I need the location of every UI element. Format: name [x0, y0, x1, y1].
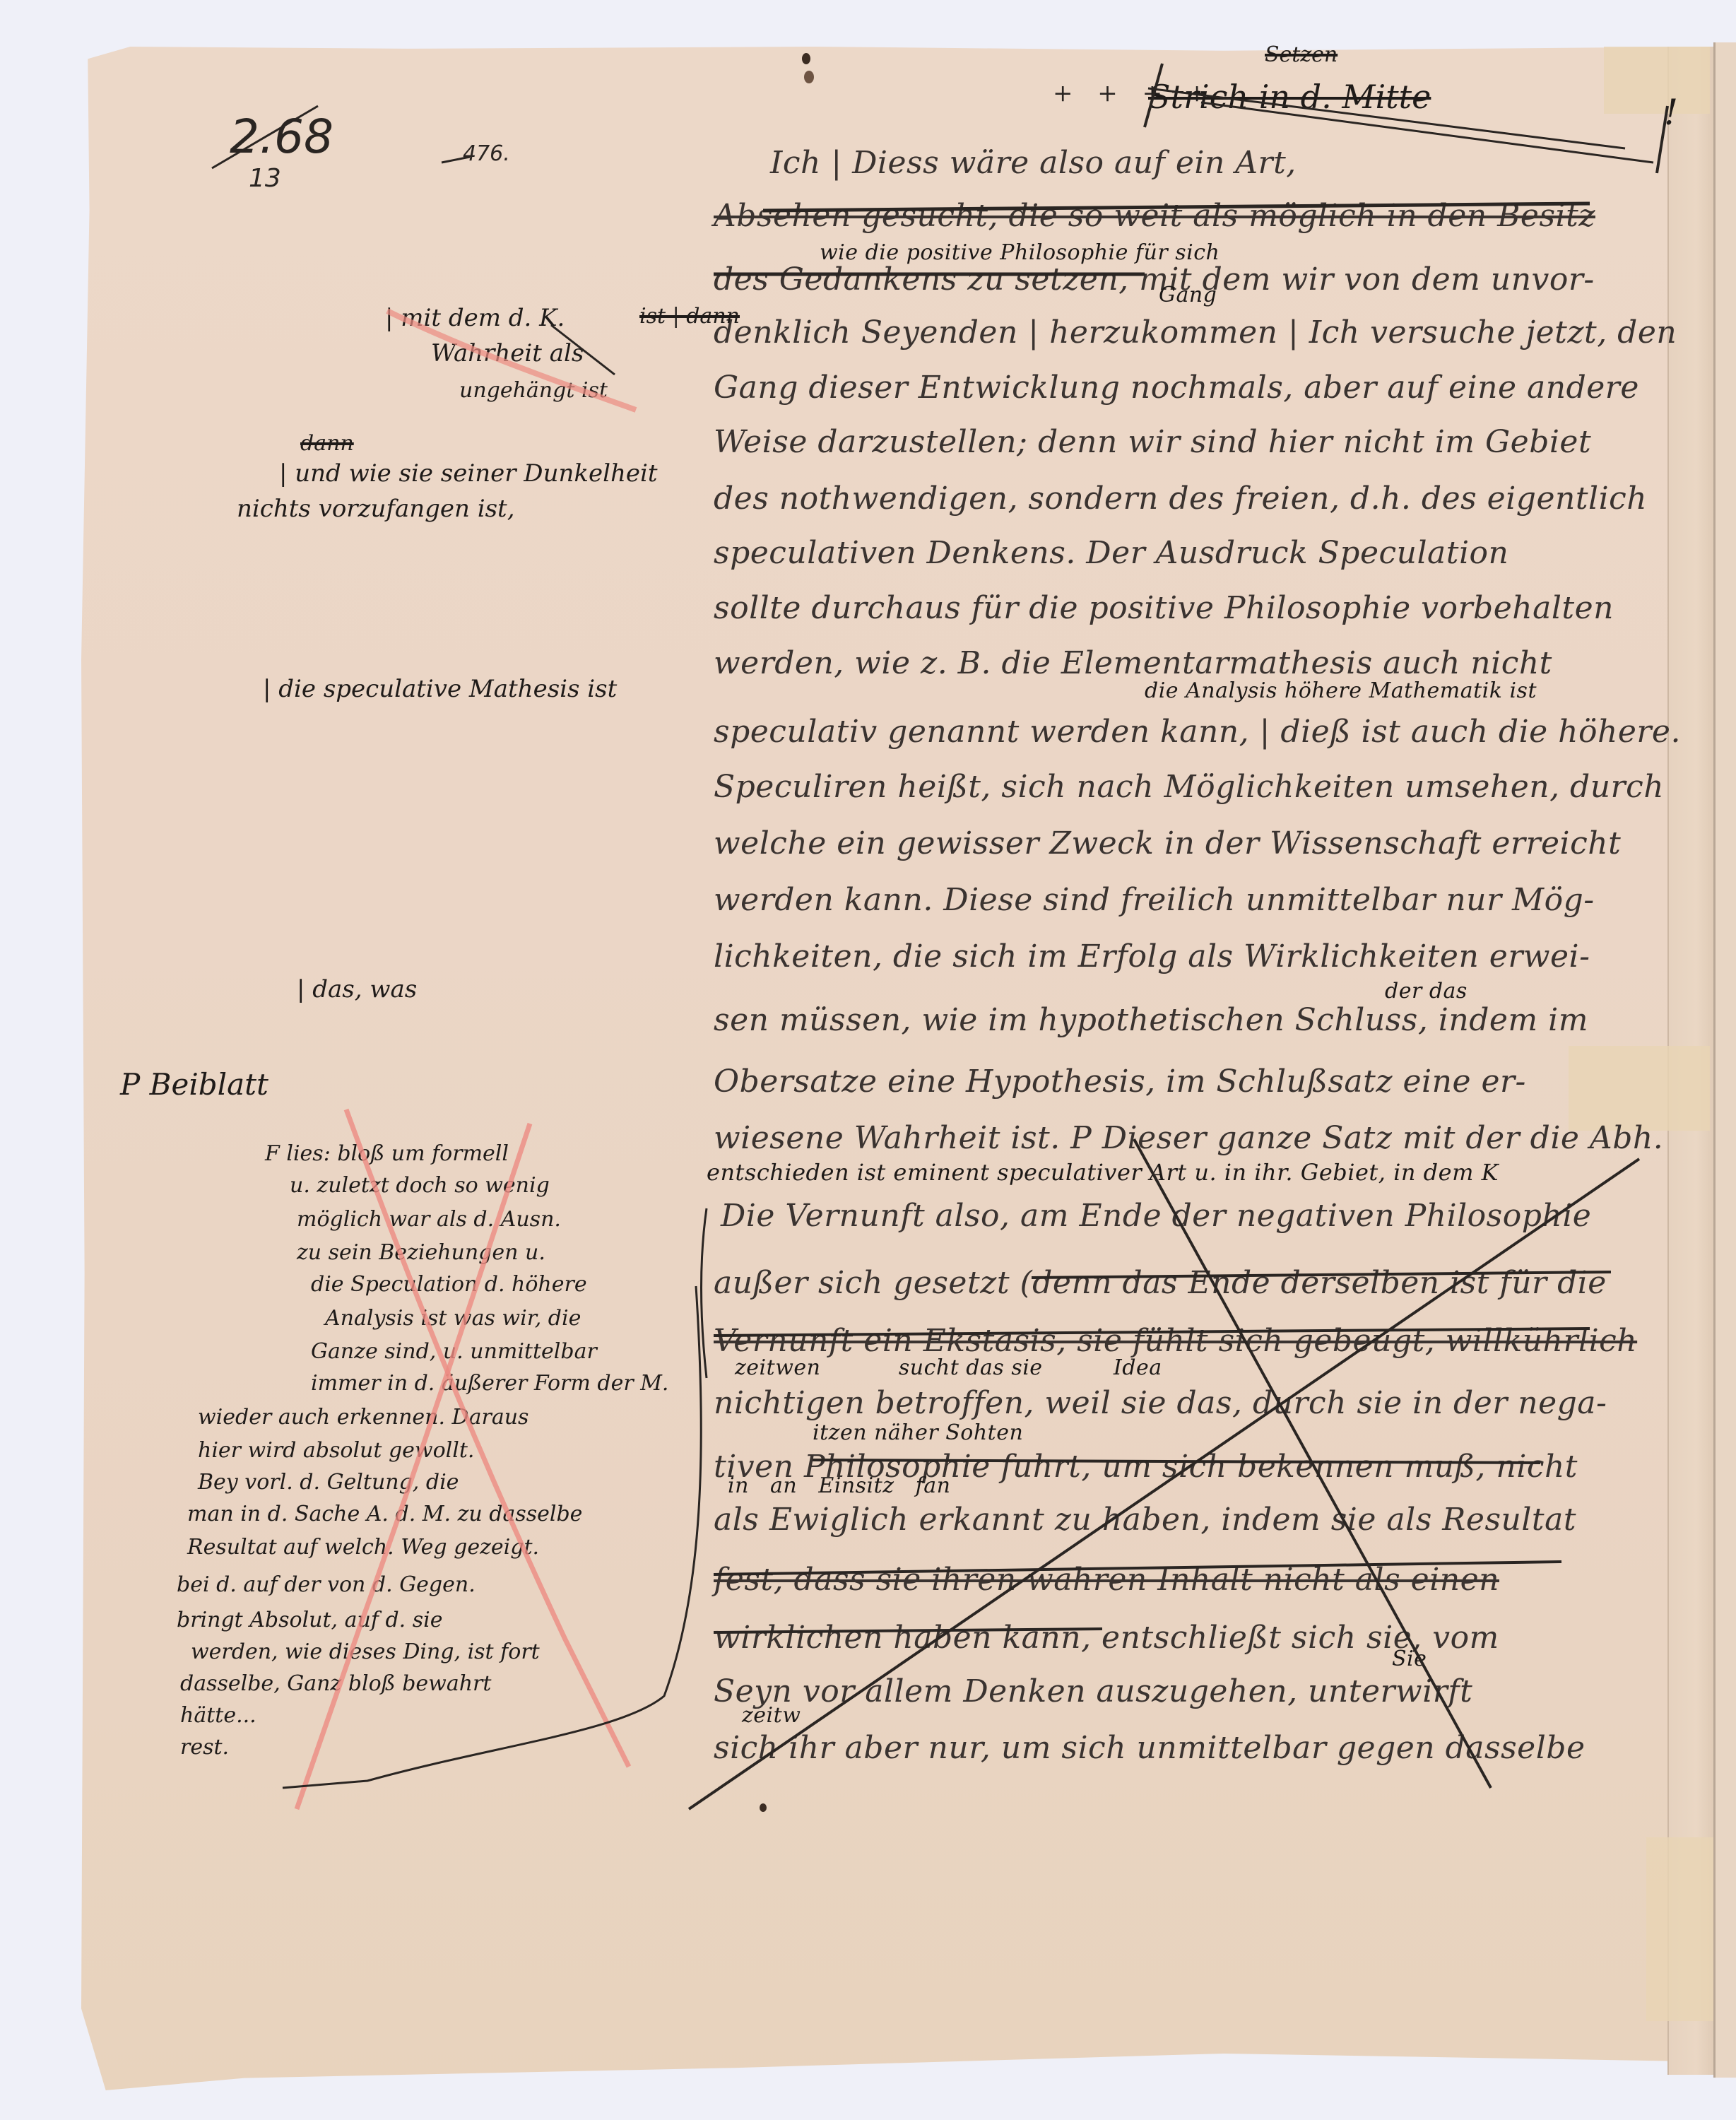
struck-text: ist | dann: [639, 304, 740, 329]
beiblatt-line: werden, wie dieses Ding, ist fort: [191, 1639, 540, 1664]
text-line: lichkeiten, die sich im Erfolg als Wirkl…: [714, 938, 1590, 974]
text-insert: zeitw: [742, 1703, 801, 1728]
text-line: Ich | Diess wäre also auf ein Art,: [770, 145, 1297, 181]
beiblatt-line: möglich war als d. Ausn.: [297, 1207, 561, 1232]
beiblatt-line: F lies: bloß um formell: [265, 1141, 509, 1166]
beiblatt-line: hier wird absolut gewollt.: [198, 1438, 474, 1463]
margin-note-1-side: ist | dann: [639, 304, 740, 329]
text-line: als Ewiglich erkannt zu haben, indem sie…: [714, 1502, 1576, 1538]
text-insert: itzen näher Sohten: [813, 1420, 1023, 1445]
text-line-struck: Absehen gesucht, die so weit als möglich…: [714, 198, 1595, 234]
beiblatt-line: immer in d. äußerer Form der M.: [311, 1371, 668, 1396]
beiblatt-line: u. zuletzt doch so wenig: [290, 1173, 550, 1198]
beiblatt-line: Bey vorl. d. Geltung, die: [198, 1470, 459, 1495]
beiblatt-line: die Speculation d. höhere: [311, 1272, 587, 1297]
margin-note-1-line: Wahrheit als: [431, 339, 584, 367]
text-line-struck: Vernunft ein Ekstasis, sie fühlt sich ge…: [714, 1323, 1637, 1359]
margin-note-2-struck: dann: [300, 431, 354, 456]
text-line: wirklichen haben kann, entschließt sich …: [714, 1620, 1499, 1656]
folio-number: 2.68: [230, 110, 333, 164]
beiblatt-line: dasselbe, Ganz bloß bewahrt: [180, 1671, 491, 1696]
tape-strip: [1604, 47, 1710, 114]
ink-spot: [760, 1803, 767, 1812]
text-insert: der das: [1385, 979, 1468, 1003]
text-line: des nothwendigen, sondern des freien, d.…: [714, 481, 1647, 517]
margin-note-4: | das, was: [297, 975, 417, 1003]
top-note-bracket: !: [1664, 92, 1678, 133]
beiblatt-line: hätte...: [180, 1703, 256, 1728]
struck-text: dann: [300, 431, 354, 456]
text-line: Die Vernunft also, am Ende der negativen…: [721, 1198, 1591, 1234]
tape-strip: [1646, 1837, 1713, 2021]
beiblatt-line: bei d. auf der von d. Gegen.: [177, 1572, 476, 1597]
text-line: nichtigen betroffen, weil sie das, durch…: [714, 1385, 1607, 1421]
beiblatt-line: bringt Absolut, auf d. sie: [177, 1608, 443, 1632]
beiblatt-line: Analysis ist was wir, die: [325, 1306, 581, 1331]
text-line: Gang dieser Entwicklung nochmals, aber a…: [714, 370, 1639, 406]
beiblatt-line: Resultat auf welch. Weg gezeigt.: [187, 1535, 539, 1560]
margin-note-1-line: ungehängt ist: [459, 378, 608, 403]
text-line: des Gedankens zu setzen, mit dem wir von…: [714, 261, 1595, 298]
margin-note-2-line: nichts vorzufangen ist,: [237, 495, 515, 523]
ink-spot: [804, 71, 814, 83]
beiblatt-heading: P Beiblatt: [120, 1067, 268, 1102]
text-line: welche ein gewisser Zweck in der Wissens…: [714, 825, 1621, 861]
struck-text: Strich in d. Mitte: [1148, 78, 1431, 116]
text-line: sen müssen, wie im hypothetischen Schlus…: [714, 1002, 1588, 1038]
text-line: sich ihr aber nur, um sich unmittelbar g…: [714, 1730, 1586, 1766]
text-line: denklich Seyenden | herzukommen | Ich ve…: [714, 314, 1677, 351]
text-line: speculativ genannt werden kann, | dieß i…: [714, 714, 1681, 750]
beiblatt-line: Ganze sind, u. unmittelbar: [311, 1339, 597, 1364]
tape-strip: [1569, 1046, 1710, 1131]
folio-sub-number: 13: [249, 164, 281, 193]
beiblatt-line: wieder auch erkennen. Daraus: [198, 1405, 529, 1430]
text-line: Seyn vor allem Denken auszugehen, unterw…: [714, 1673, 1472, 1709]
margin-note-1-line: | mit dem d. K.: [385, 304, 565, 332]
text-line: Obersatze eine Hypothesis, im Schlußsatz…: [714, 1064, 1526, 1100]
text-line: sollte durchaus für die positive Philoso…: [714, 590, 1614, 626]
beiblatt-line: rest.: [180, 1735, 229, 1760]
text-insert: in an Einsitz fan: [728, 1473, 950, 1498]
text-insert: Gang: [1159, 283, 1217, 307]
text-insert: die Analysis höhere Mathematik ist: [1145, 678, 1537, 703]
text-line: wiesene Wahrheit ist. P Dieser ganze Sat…: [714, 1120, 1663, 1156]
struck-text: Setzen: [1265, 42, 1338, 67]
top-note-struck: Strich in d. Mitte: [1148, 78, 1431, 116]
top-note-insert: Setzen: [1265, 42, 1338, 67]
paper-right-edge: [1713, 42, 1736, 2078]
text-line: Weise darzustellen; denn wir sind hier n…: [714, 424, 1591, 460]
text-insert: entschieden ist eminent speculativer Art…: [707, 1159, 1499, 1186]
margin-note-2-line: | und wie sie seiner Dunkelheit: [279, 459, 658, 488]
text-insert: Sie: [1392, 1647, 1427, 1671]
text-insert: zeitwen sucht das sie Idea: [735, 1355, 1162, 1380]
page-number: 476.: [463, 141, 510, 166]
beiblatt-line: zu sein Beziehungen u.: [297, 1240, 545, 1265]
text-line: werden kann. Diese sind freilich unmitte…: [714, 882, 1595, 918]
text-line: außer sich gesetzt (denn das Ende dersel…: [714, 1265, 1607, 1301]
text-line: speculativen Denkens. Der Ausdruck Specu…: [714, 535, 1508, 571]
text-line: Speculiren heißt, sich nach Möglichkeite…: [714, 769, 1664, 805]
ink-spot: [802, 53, 810, 64]
margin-note-3: | die speculative Mathesis ist: [263, 675, 617, 703]
beiblatt-line: man in d. Sache A. d. M. zu dasselbe: [187, 1502, 582, 1526]
text-line-struck: fest, dass sie ihren wahren Inhalt nicht…: [714, 1562, 1499, 1598]
text-line: werden, wie z. B. die Elementarmathesis …: [714, 645, 1552, 681]
